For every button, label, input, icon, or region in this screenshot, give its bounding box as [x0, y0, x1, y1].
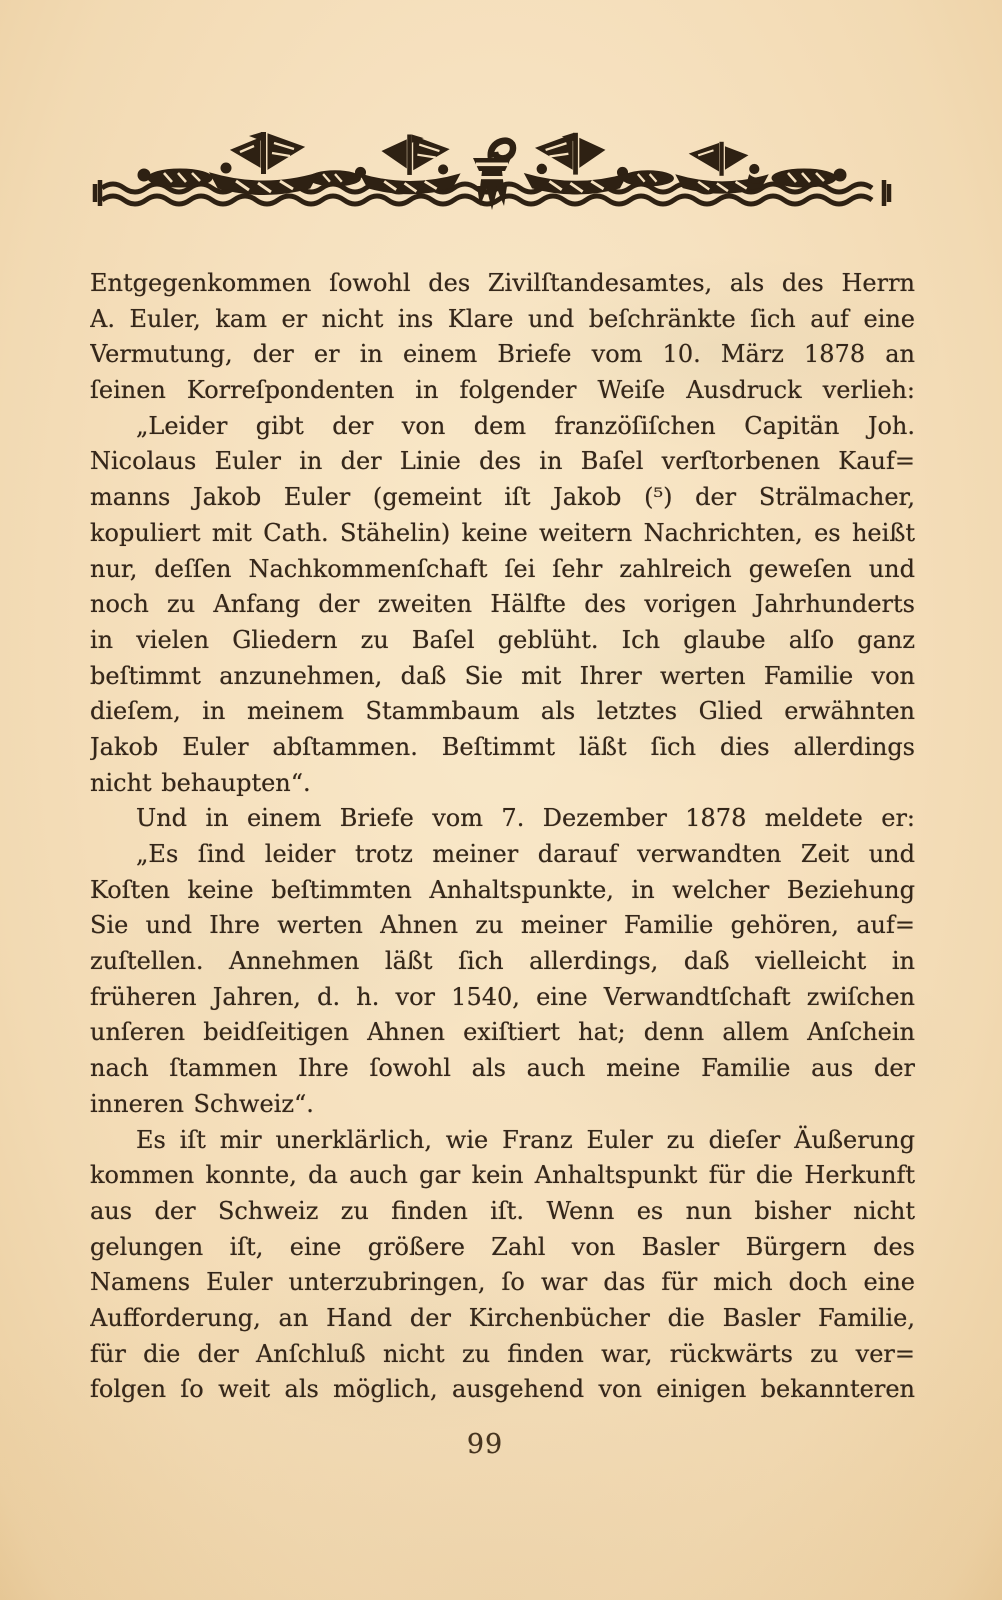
text-line: früheren Jahren, d. h. vor 1540, eine Ve…	[90, 980, 915, 1016]
paragraph: „Es ſind leider trotz meiner darauf verw…	[90, 837, 915, 1123]
text-line: Entgegenkommen ſowohl des Zivilſtandesam…	[90, 266, 915, 302]
text-line: Aufforderung, an Hand der Kirchenbücher …	[90, 1301, 915, 1337]
text-line: beſtimmt anzunehmen, daß Sie mit Ihrer w…	[90, 659, 915, 695]
text-line: Jakob Euler abſtammen. Beſtimmt läßt ſic…	[90, 730, 915, 766]
text-line: unſeren beidſeitigen Ahnen exiſtiert hat…	[90, 1015, 915, 1051]
text-line: kommen konnte, da auch gar kein Anhaltsp…	[90, 1158, 915, 1194]
paragraph: Entgegenkommen ſowohl des Zivilſtandesam…	[90, 266, 915, 409]
text-line: nach ſtammen Ihre ſowohl als auch meine …	[90, 1051, 915, 1087]
scanned-book-page: Entgegenkommen ſowohl des Zivilſtandesam…	[0, 0, 1002, 1600]
page-number: 99	[90, 1429, 880, 1460]
basel-crozier-boats-woodcut-icon	[92, 130, 892, 214]
text-line: für die der Anſchluß nicht zu finden war…	[90, 1337, 915, 1373]
text-line: Koſten keine beſtimmten Anhaltspunkte, i…	[90, 873, 915, 909]
text-line: Vermutung, der er in einem Briefe vom 10…	[90, 337, 915, 373]
text-line: inneren Schweiz“.	[90, 1087, 915, 1123]
text-line: noch zu Anfang der zweiten Hälfte des vo…	[90, 587, 915, 623]
paragraph: Es iſt mir unerklärlich, wie Franz Euler…	[90, 1123, 915, 1409]
text-line: gelungen iſt, eine größere Zahl von Basl…	[90, 1230, 915, 1266]
text-line: Es iſt mir unerklärlich, wie Franz Euler…	[90, 1123, 915, 1159]
text-line: Sie und Ihre werten Ahnen zu meiner Fami…	[90, 908, 915, 944]
text-line: „Es ſind leider trotz meiner darauf verw…	[90, 837, 915, 873]
text-line: kopuliert mit Cath. Stähelin) keine weit…	[90, 516, 915, 552]
text-line: A. Euler, kam er nicht ins Klare und beſ…	[90, 302, 915, 338]
text-line: dieſem, in meinem Stammbaum als letztes …	[90, 694, 915, 730]
text-line: Namens Euler unterzubringen, ſo war das …	[90, 1265, 915, 1301]
text-line: zuſtellen. Annehmen läßt ſich allerdings…	[90, 944, 915, 980]
text-line: nur, deſſen Nachkommenſchaft ſei ſehr za…	[90, 552, 915, 588]
paragraph: „Leider gibt der von dem franzöſiſchen C…	[90, 409, 915, 802]
text-line: „Leider gibt der von dem franzöſiſchen C…	[90, 409, 915, 445]
paragraph: Und in einem Briefe vom 7. Dezember 1878…	[90, 801, 915, 837]
text-block: Entgegenkommen ſowohl des Zivilſtandesam…	[90, 266, 915, 1408]
text-line: Nicolaus Euler in der Linie des in Baſel…	[90, 444, 915, 480]
text-line: in vielen Gliedern zu Baſel geblüht. Ich…	[90, 623, 915, 659]
text-line: aus der Schweiz zu finden iſt. Wenn es n…	[90, 1194, 915, 1230]
text-line: nicht behaupten“.	[90, 766, 915, 802]
text-line: ſeinen Korreſpondenten in folgender Weiſ…	[90, 373, 915, 409]
text-line: folgen ſo weit als möglich, ausgehend vo…	[90, 1372, 915, 1408]
text-line: manns Jakob Euler (gemeint iſt Jakob (⁵)…	[90, 480, 915, 516]
text-line: Und in einem Briefe vom 7. Dezember 1878…	[90, 801, 915, 837]
